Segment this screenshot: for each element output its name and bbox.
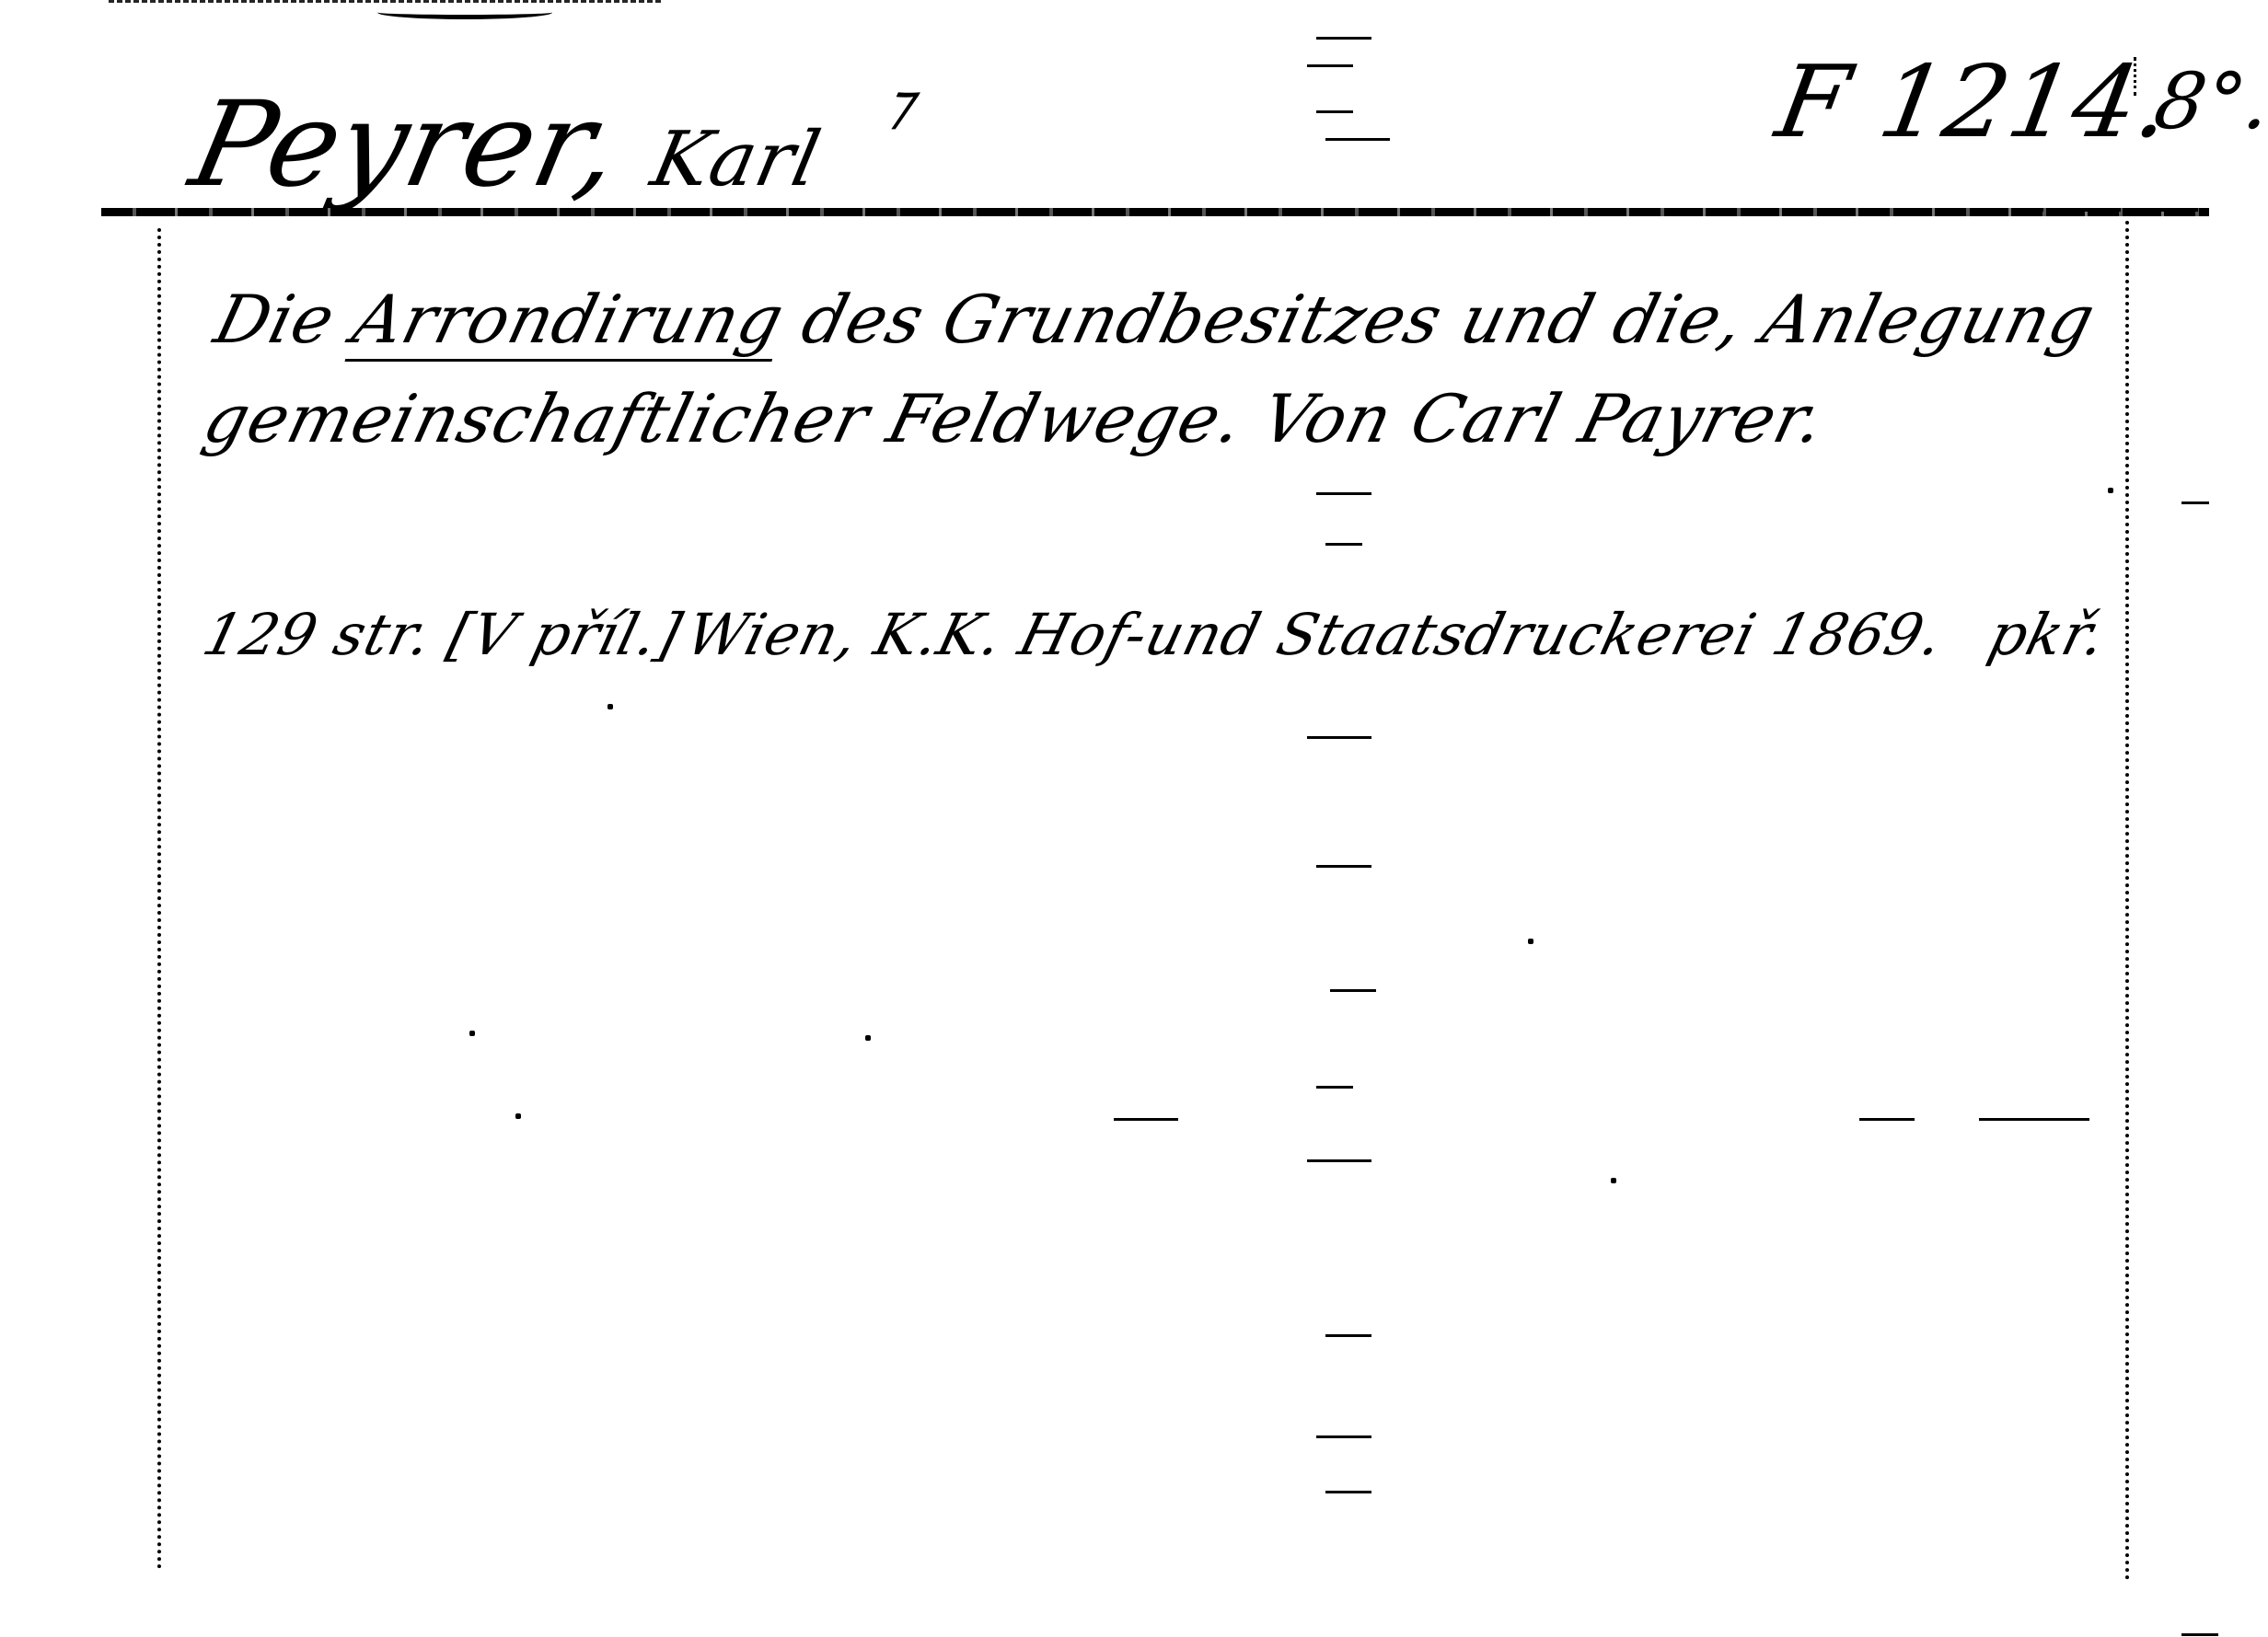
title-underlined-word: Arrondirung — [345, 281, 792, 358]
format-divider — [2134, 57, 2136, 96]
call-number: F 1214. — [1767, 39, 2181, 167]
author-heading: Peyrer, Karl ⁊ — [175, 26, 931, 238]
heading-mark: ⁊ — [879, 72, 921, 136]
collation: 129 str. [V příl.] — [193, 589, 692, 681]
author-surname: Peyrer, — [180, 76, 633, 213]
format-size: 8°. — [2145, 37, 2268, 166]
title-line-1: Die Arrondirung des Grundbesitzes und di… — [204, 269, 2106, 370]
publication-statement: Wien, K.K. Hof-und Staatsdruckerei 1869. — [677, 589, 1953, 681]
header-rule-tail — [2025, 208, 2209, 216]
top-edge-stroke — [377, 6, 552, 19]
header-rule — [101, 208, 2209, 216]
author-given-name: Karl — [644, 116, 828, 203]
right-margin-line — [2125, 221, 2129, 1581]
cataloger-code: pkř. — [1979, 589, 2116, 681]
left-margin-line — [157, 228, 161, 1570]
title-prefix: Die — [207, 281, 364, 358]
title-line-1-rest: des Grundbesitzes und die, Anlegung — [772, 281, 2102, 358]
title-line-2: gemeinschaftlicher Feldwege. Von Carl Pa… — [193, 368, 1835, 469]
